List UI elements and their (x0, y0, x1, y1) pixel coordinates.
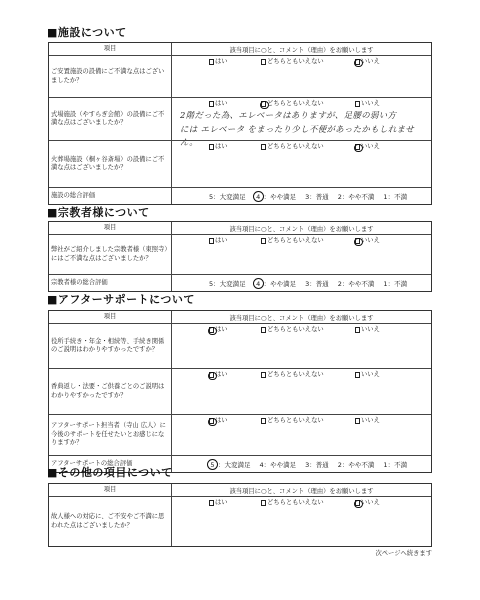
rating-option-1[interactable]: 1：不満 (383, 279, 407, 288)
checkbox-checked-icon[interactable] (209, 418, 215, 424)
rating-option-5[interactable]: 5：大変満足 (209, 279, 246, 288)
checkbox-icon[interactable] (355, 101, 361, 107)
option-yes[interactable]: はい (209, 417, 261, 425)
checkbox-icon[interactable] (261, 327, 267, 333)
table-header: 項目 該当項目に○と、コメント（理由）をお願いします (49, 43, 431, 55)
checkbox-icon[interactable] (261, 59, 267, 65)
rating-row: 宗教者様の総合評価 5：大変満足 4：やや満足 3：普通 2：やや不満 1：不満 (49, 274, 431, 291)
option-neutral[interactable]: どちらともいえない (261, 100, 355, 108)
section-title-after-support: ■アフターサポートについて (47, 294, 195, 306)
answer-cell: はい どちらともいえない いいえ (172, 369, 431, 414)
table-header: 項目 該当項目に○と、コメント（理由）をお願いします (49, 311, 431, 323)
checkbox-icon[interactable] (209, 59, 215, 65)
option-no[interactable]: いいえ (355, 499, 395, 507)
checkbox-icon[interactable] (209, 238, 215, 244)
question-text: 火葬場施設（桐ヶ谷斎場）の設備にご不満な点はございましたか？ (49, 141, 172, 187)
section-title-clergy: ■宗教者様について (47, 207, 150, 219)
option-no[interactable]: いいえ (355, 100, 395, 108)
question-row: アフターサポート担当者（寺山 広人）に今後のサポートを任せたいとお感じになります… (49, 414, 431, 455)
rating-option-4[interactable]: 4：やや満足 (260, 460, 297, 469)
rating-option-3[interactable]: 3：普通 (305, 279, 329, 288)
rating-row: 施設の総合評価 5：大変満足 4：やや満足 3：普通 2：やや不満 1：不満 (49, 187, 431, 204)
option-yes[interactable]: はい (209, 499, 261, 507)
checkbox-checked-icon[interactable] (355, 238, 361, 244)
item-column-header: 項目 (49, 484, 172, 496)
option-yes[interactable]: はい (209, 58, 261, 66)
option-no[interactable]: いいえ (355, 326, 395, 334)
checkbox-checked-icon[interactable] (355, 144, 361, 150)
option-neutral[interactable]: どちらともいえない (261, 58, 355, 66)
answer-column-header: 該当項目に○と、コメント（理由）をお願いします (172, 484, 431, 496)
rating-option-5[interactable]: 5：大変満足 (209, 192, 246, 201)
continue-note: 次ページへ続きます (375, 548, 432, 557)
answer-cell: はい どちらともいえない いいえ (172, 235, 431, 274)
option-neutral[interactable]: どちらともいえない (261, 237, 355, 245)
answer-column-header: 該当項目に○と、コメント（理由）をお願いします (172, 311, 431, 323)
answer-column-header: 該当項目に○と、コメント（理由）をお願いします (172, 222, 431, 234)
checkbox-checked-icon[interactable] (261, 101, 267, 107)
checkbox-icon[interactable] (209, 144, 215, 150)
option-yes[interactable]: はい (209, 143, 261, 151)
answer-cell: はい どちらともいえない いいえ (172, 56, 431, 97)
option-no[interactable]: いいえ (355, 417, 395, 425)
answer-cell: はい どちらともいえない いいえ (172, 141, 431, 187)
checkbox-checked-icon[interactable] (355, 500, 361, 506)
checkbox-checked-icon[interactable] (209, 372, 215, 378)
option-yes[interactable]: はい (209, 371, 261, 379)
option-no[interactable]: いいえ (355, 58, 395, 66)
rating-option-4-selected[interactable]: 4：やや満足 (255, 191, 297, 202)
question-text: ご安置施設の設備にご不満な点はございましたか？ (49, 56, 172, 97)
option-no[interactable]: いいえ (355, 237, 395, 245)
answer-cell: はい どちらともいえない いいえ (172, 497, 431, 546)
rating-scale: 5：大変満足 4：やや満足 3：普通 2：やや不満 1：不満 (172, 456, 431, 472)
clergy-table: 項目 該当項目に○と、コメント（理由）をお願いします 弊社がご紹介しました宗教者… (48, 221, 432, 292)
rating-option-5-selected[interactable]: 5：大変満足 (209, 459, 251, 470)
checkbox-icon[interactable] (261, 418, 267, 424)
option-neutral[interactable]: どちらともいえない (261, 371, 355, 379)
question-row: 香典返し・法要・ご供養ごとのご説明はわかりやすかったですか？ はい どちらともい… (49, 368, 431, 414)
section-title-other: ■その他の項目について (47, 467, 173, 479)
question-row: 式場施設（やすらぎ会館）の設備にご不満な点はございましたか？ はい どちらともい… (49, 97, 431, 140)
option-no[interactable]: いいえ (355, 371, 395, 379)
question-row: 役所手続き・年金・相続等、手続き関係のご説明はわかりやすかったですか？ はい ど… (49, 323, 431, 368)
rating-option-4-selected[interactable]: 4：やや満足 (255, 278, 297, 289)
question-row: 弊社がご紹介しました宗教者様（東照寺）にはご不満な点はございましたか？ はい ど… (49, 234, 431, 274)
checkbox-checked-icon[interactable] (355, 59, 361, 65)
checkbox-icon[interactable] (261, 500, 267, 506)
other-table: 項目 該当項目に○と、コメント（理由）をお願いします 故人様への対応に、ご不安や… (48, 483, 432, 547)
after-support-table: 項目 該当項目に○と、コメント（理由）をお願いします 役所手続き・年金・相続等、… (48, 310, 432, 473)
rating-option-3[interactable]: 3：普通 (305, 460, 329, 469)
checkbox-icon[interactable] (355, 418, 361, 424)
rating-label: 施設の総合評価 (49, 188, 172, 204)
question-text: 香典返し・法要・ご供養ごとのご説明はわかりやすかったですか？ (49, 369, 172, 414)
question-text: 故人様への対応に、ご不安やご不満に思われた点はございましたか？ (49, 497, 172, 546)
checkbox-checked-icon[interactable] (209, 327, 215, 333)
checkbox-icon[interactable] (261, 372, 267, 378)
option-neutral[interactable]: どちらともいえない (261, 143, 355, 151)
rating-option-1[interactable]: 1：不満 (383, 192, 407, 201)
rating-option-2[interactable]: 2：やや不満 (338, 192, 375, 201)
item-column-header: 項目 (49, 311, 172, 323)
option-neutral[interactable]: どちらともいえない (261, 499, 355, 507)
question-text: アフターサポート担当者（寺山 広人）に今後のサポートを任せたいとお感じになります… (49, 415, 172, 455)
handwritten-comment-line-1: 2階だった為、エレベータはありますが、足腰の弱い方 (180, 109, 427, 122)
answer-cell: はい どちらともいえない いいえ (172, 415, 431, 455)
checkbox-icon[interactable] (261, 238, 267, 244)
rating-scale: 5：大変満足 4：やや満足 3：普通 2：やや不満 1：不満 (172, 275, 431, 291)
answer-cell: はい どちらともいえない いいえ 2階だった為、エレベータはありますが、足腰の弱… (172, 98, 431, 140)
checkbox-icon[interactable] (209, 500, 215, 506)
checkbox-icon[interactable] (355, 327, 361, 333)
facilities-table: 項目 該当項目に○と、コメント（理由）をお願いします ご安置施設の設備にご不満な… (48, 42, 432, 205)
rating-option-3[interactable]: 3：普通 (305, 192, 329, 201)
item-column-header: 項目 (49, 43, 172, 55)
rating-option-2[interactable]: 2：やや不満 (338, 279, 375, 288)
option-yes[interactable]: はい (209, 326, 261, 334)
question-text: 弊社がご紹介しました宗教者様（東照寺）にはご不満な点はございましたか？ (49, 235, 172, 274)
checkbox-icon[interactable] (209, 101, 215, 107)
checkbox-icon[interactable] (261, 144, 267, 150)
rating-scale: 5：大変満足 4：やや満足 3：普通 2：やや不満 1：不満 (172, 188, 431, 204)
table-header: 項目 該当項目に○と、コメント（理由）をお願いします (49, 484, 431, 496)
answer-column-header: 該当項目に○と、コメント（理由）をお願いします (172, 43, 431, 55)
question-row: 故人様への対応に、ご不安やご不満に思われた点はございましたか？ はい どちらとも… (49, 496, 431, 546)
option-yes[interactable]: はい (209, 237, 261, 245)
question-row: 火葬場施設（桐ヶ谷斎場）の設備にご不満な点はございましたか？ はい どちらともい… (49, 140, 431, 187)
question-text: 役所手続き・年金・相続等、手続き関係のご説明はわかりやすかったですか？ (49, 324, 172, 368)
rating-label: 宗教者様の総合評価 (49, 275, 172, 291)
rating-option-2[interactable]: 2：やや不満 (338, 460, 375, 469)
rating-option-1[interactable]: 1：不満 (383, 460, 407, 469)
question-text: 式場施設（やすらぎ会館）の設備にご不満な点はございましたか？ (49, 98, 172, 140)
option-no[interactable]: いいえ (355, 143, 395, 151)
question-row: ご安置施設の設備にご不満な点はございましたか？ はい どちらともいえない いいえ (49, 55, 431, 97)
section-title-facilities: ■施設について (47, 27, 127, 39)
option-neutral[interactable]: どちらともいえない (261, 417, 355, 425)
item-column-header: 項目 (49, 222, 172, 234)
option-yes[interactable]: はい (209, 100, 261, 108)
table-header: 項目 該当項目に○と、コメント（理由）をお願いします (49, 222, 431, 234)
option-neutral[interactable]: どちらともいえない (261, 326, 355, 334)
checkbox-icon[interactable] (355, 372, 361, 378)
answer-cell: はい どちらともいえない いいえ (172, 324, 431, 368)
